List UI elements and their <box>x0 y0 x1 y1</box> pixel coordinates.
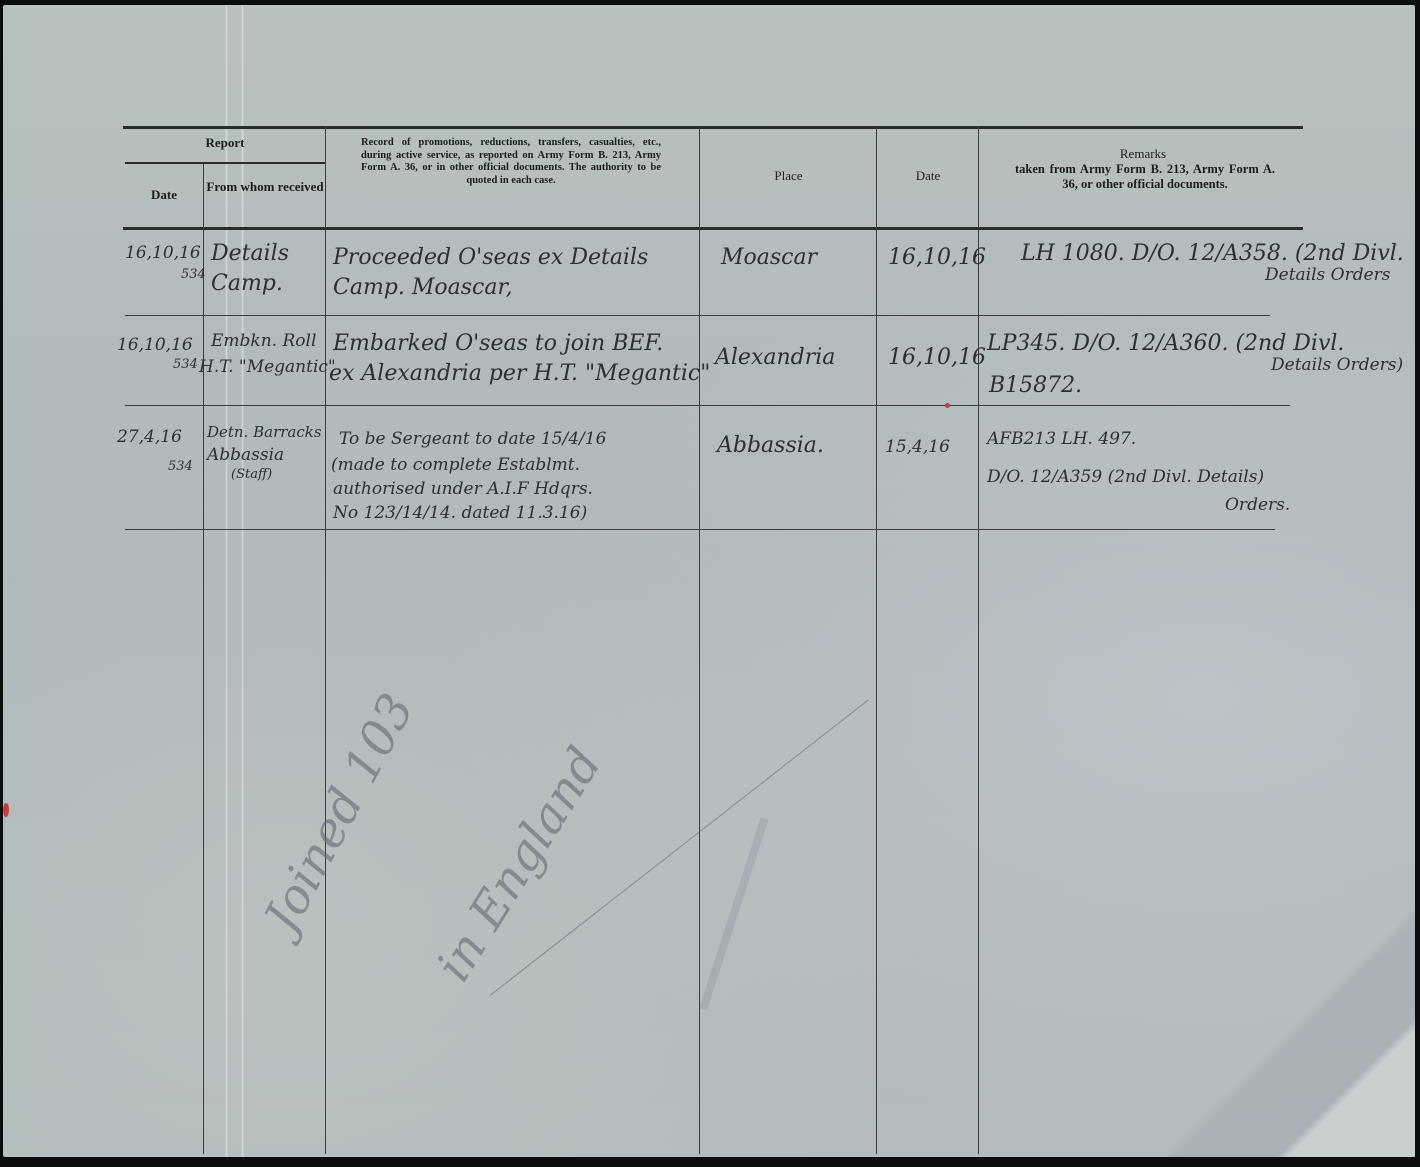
row-from-whom: (Staff) <box>231 467 272 483</box>
red-ink-mark <box>945 403 950 408</box>
col-divider-date2 <box>978 126 979 1154</box>
row-remarks: B15872. <box>989 373 1082 399</box>
row-remarks: Orders. <box>1225 495 1290 515</box>
row-report-ref: 534 <box>173 357 198 373</box>
header-place: Place <box>701 168 876 184</box>
row-place: Moascar <box>721 245 817 271</box>
header-date: Date <box>125 187 203 203</box>
row-divider <box>125 405 1290 406</box>
col-divider-from <box>325 126 326 1154</box>
table-top-rule <box>123 126 1303 129</box>
row-divider <box>125 529 1275 530</box>
row-report-ref: 534 <box>168 459 193 475</box>
row-remarks: D/O. 12/A359 (2nd Divl. Details) <box>987 467 1264 487</box>
corner-crease <box>1115 827 1415 1157</box>
header-record: Record of promotions, reductions, transf… <box>361 137 661 187</box>
paper-fold <box>241 5 244 1157</box>
row-remarks: LP345. D/O. 12/A360. (2nd Divl. <box>987 331 1344 357</box>
col-divider-date <box>203 164 204 1154</box>
row-from-whom: Embkn. Roll <box>211 331 316 351</box>
row-date: 16,10,16 <box>888 245 986 271</box>
row-record: Camp. Moascar, <box>333 275 513 301</box>
row-report-date: 16,10,16 <box>117 335 193 355</box>
row-from-whom: Detn. Barracks <box>207 423 322 441</box>
row-report-date: 16,10,16 <box>125 243 201 263</box>
paper-fold <box>225 5 228 1157</box>
row-remarks: Details Orders <box>1265 265 1391 285</box>
row-from-whom: Abbassia <box>207 445 284 465</box>
row-remarks: LH 1080. D/O. 12/A358. (2nd Divl. <box>1021 241 1404 267</box>
row-record: Proceeded O'seas ex Details <box>333 245 648 271</box>
row-report-ref: 534 <box>181 267 206 283</box>
header-remarks-title: Remarks <box>1013 146 1273 162</box>
row-report-date: 27,4,16 <box>117 427 182 447</box>
pencil-note: in England <box>426 738 613 991</box>
row-place: Alexandria <box>715 345 835 371</box>
header-remarks-body: taken from Army Form B. 213, Army Form A… <box>1015 162 1275 192</box>
row-date: 15,4,16 <box>885 437 950 457</box>
red-edge-mark <box>3 803 9 817</box>
row-record: Embarked O'seas to join BEF. <box>333 331 663 357</box>
col-divider-place <box>876 126 877 1154</box>
report-subheader-rule <box>125 162 325 164</box>
row-from-whom: Details <box>211 241 289 267</box>
row-from-whom: Camp. <box>211 271 283 297</box>
row-record: To be Sergeant to date 15/4/16 <box>339 429 606 449</box>
row-record: No 123/14/14. dated 11.3.16) <box>333 503 587 523</box>
col-divider-record <box>699 126 700 1154</box>
pencil-stroke <box>699 818 768 1011</box>
row-record: authorised under A.I.F Hdqrs. <box>333 479 593 499</box>
row-divider <box>125 315 1270 316</box>
header-date2: Date <box>878 168 978 184</box>
row-date: 16,10,16 <box>888 345 986 371</box>
header-bottom-rule <box>123 227 1303 230</box>
header-from-whom: From whom received <box>205 179 325 195</box>
row-remarks: AFB213 LH. 497. <box>987 429 1136 449</box>
row-record: (made to complete Establmt. <box>331 455 580 475</box>
row-place: Abbassia. <box>717 433 824 459</box>
pencil-note: Joined 103 <box>254 685 426 941</box>
row-record: ex Alexandria per H.T. "Megantic" <box>329 361 710 387</box>
header-report: Report <box>125 135 325 151</box>
row-remarks: Details Orders) <box>1271 355 1403 375</box>
row-from-whom: H.T. "Megantic" <box>199 357 336 377</box>
record-sheet: Report Date From whom received Record of… <box>3 5 1415 1157</box>
